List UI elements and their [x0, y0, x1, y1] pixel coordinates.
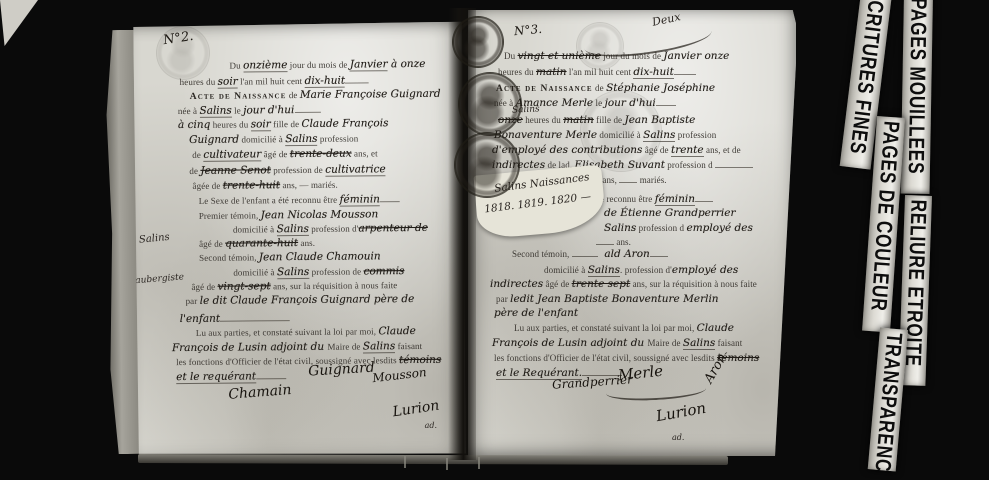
signature: Lurion — [655, 401, 707, 425]
handwritten-text: employé des — [686, 222, 752, 234]
handwritten-note: ad. — [672, 434, 684, 442]
printed-form-text: faisant — [715, 338, 742, 348]
blank-rule — [345, 73, 369, 83]
record-line: François de Lusin adjoint du Maire de Sa… — [172, 338, 422, 353]
handwritten-text: témoins — [399, 354, 441, 366]
handwritten-text: de Étienne Grandperrier — [604, 207, 736, 219]
printed-form-text: profession — [317, 133, 358, 143]
printed-form-text: domicilié à — [233, 267, 277, 277]
register-left-page: Du onzième jour du mois de Janvier à onz… — [133, 22, 466, 457]
handwritten-text: Jean Nicolas Mousson — [261, 208, 379, 221]
handwritten-text: Claude — [697, 322, 734, 334]
handwritten-text: Marie Françoise Guignard — [300, 88, 441, 101]
printed-form-text: âgé de — [199, 239, 225, 249]
record-line: Le Sexe de l'enfant a été reconnu être f… — [199, 191, 400, 206]
printed-form-text: née à — [178, 106, 200, 116]
handwritten-text: jour d'hui — [243, 104, 294, 116]
printed-form-text: domicilié à — [233, 224, 277, 234]
record-line: Lu aux parties, et constaté suivant la l… — [196, 323, 416, 338]
record-line: domicilié à Salins. profession d'employé… — [544, 262, 738, 275]
handwritten-text: Salins — [683, 337, 715, 350]
handwritten-text: employé des — [672, 264, 738, 276]
record-line: Second témoin, Jean Claude Chamouin — [199, 248, 381, 263]
printed-form-text: profession de — [309, 266, 363, 276]
record-line: âgé de vingt-sept ans, sur la réquisitio… — [191, 277, 397, 292]
handwritten-text: Janvier — [350, 58, 388, 71]
printed-form-text: mariés. — [637, 175, 666, 185]
page-edge-tick — [478, 457, 480, 469]
record-line: Acte de Naissance de Marie Françoise Gui… — [190, 86, 441, 101]
printed-form-text: fille de — [271, 119, 302, 129]
blank-rule — [619, 173, 637, 183]
record-line: père de l'enfant — [494, 305, 578, 318]
printed-form-text: âgée de — [192, 181, 222, 191]
record-line: Premier témoin, Jean Nicolas Mousson — [199, 206, 379, 221]
revenue-stamp — [580, 90, 662, 172]
handwritten-text: Salins — [285, 133, 317, 146]
handwritten-text: ald Aron — [598, 248, 650, 260]
record-line: l'enfant — [180, 310, 290, 324]
handwritten-text: Salins — [604, 222, 636, 234]
archival-scan: Du onzième jour du mois de Janvier à onz… — [0, 0, 989, 480]
handwritten-text: trente — [671, 144, 704, 157]
page-corner-fragment — [0, 0, 38, 46]
handwritten-text: Janvier onze — [663, 50, 729, 62]
record-line: Du onzième jour du mois de Janvier à onz… — [229, 56, 425, 71]
handwritten-text: dix-huit — [633, 66, 673, 79]
page-stack-edge — [104, 30, 139, 454]
record-line: de cultivateur âgé de trente-deux ans, e… — [192, 145, 378, 160]
handwritten-text: Claude François — [301, 117, 388, 130]
printed-form-text: ans. — [298, 238, 315, 248]
printed-form-text: ans, — mariés. — [280, 180, 338, 191]
handwritten-text: arpenteur de — [358, 222, 428, 235]
printed-form-text: de — [189, 166, 200, 176]
handwritten-text: Claude — [378, 325, 415, 337]
blank-rule — [596, 235, 614, 245]
handwritten-text: et le requérant — [176, 370, 256, 384]
handwritten-text: trente-huit — [223, 179, 280, 191]
handwritten-text: ledit Jean Baptiste Bonaventure Merlin — [510, 293, 718, 305]
record-line: Second témoin, ald Aron — [512, 246, 668, 259]
record-line: à cinq heures du soir fille de Claude Fr… — [178, 115, 389, 130]
blank-rule — [674, 65, 696, 75]
handwritten-text: père de l'enfant — [494, 307, 578, 319]
printed-form-text: Le Sexe de l'enfant a été reconnu être — [199, 195, 340, 206]
record-line: domicilié à Salins profession de commis — [233, 263, 404, 277]
handwritten-text: féminin — [340, 193, 380, 206]
record-line: par le dit Claude François Guignard père… — [185, 291, 414, 306]
register-right-page: Du vingt et unième jour du mois de Janvi… — [468, 10, 796, 456]
printed-form-text: . profession d' — [620, 265, 672, 275]
blank-rule — [656, 96, 676, 106]
printed-form-text: Lu aux parties, et constaté suivant la l… — [514, 323, 697, 333]
printed-form-text: les fonctions d'Officier de l'état civil… — [494, 353, 717, 363]
handwritten-text: cultivateur — [203, 148, 261, 162]
blank-rule — [695, 192, 713, 202]
printed-form-text: heures du — [210, 119, 250, 129]
signature: Guignard — [308, 361, 375, 379]
handwritten-text: Jeanne Senot — [200, 164, 271, 177]
record-line: âgée de trente-huit ans, — mariés. — [192, 177, 337, 191]
handwritten-note: ad. — [425, 422, 438, 430]
printed-form-text: de — [593, 83, 606, 93]
handwritten-text: à onze — [388, 58, 426, 70]
record-line: Lu aux parties, et constaté suivant la l… — [514, 320, 734, 333]
condition-strip-pages-mouillees: PAGES MOUILLEES — [901, 0, 933, 194]
printed-form-text: profession d — [636, 223, 686, 233]
signature: Mousson — [372, 366, 428, 384]
printed-form-text: profession d — [665, 160, 715, 170]
blank-rule — [220, 311, 290, 322]
printed-form-text: Acte de Naissance — [190, 91, 287, 102]
printed-form-text: Du — [504, 51, 518, 61]
printed-form-text: le — [232, 105, 243, 115]
printed-form-text: Lu aux parties, et constaté suivant la l… — [196, 326, 379, 338]
handwritten-text: onzième — [243, 59, 287, 72]
printed-form-text: Du — [229, 60, 243, 70]
handwritten-text: trente-deux — [290, 148, 352, 161]
printed-form-text: é reconnu être — [600, 194, 655, 204]
page-edge-tick — [404, 456, 406, 468]
signature: Lurion — [392, 399, 440, 420]
printed-form-text: par — [185, 296, 199, 306]
record-line: domicilié à Salins profession d'arpenteu… — [233, 220, 428, 235]
printed-form-text: Second témoin, — [512, 249, 572, 259]
condition-strip-label: PAGES MOUILLEES — [901, 0, 933, 175]
record-line: é reconnu être féminin — [600, 191, 713, 204]
handwritten-text: François de Lusin adjoint du — [492, 337, 648, 349]
handwritten-text: commis — [363, 265, 404, 277]
handwritten-text: cultivatrice — [325, 163, 386, 177]
printed-form-text: profession de — [271, 165, 325, 175]
page-edge-tick — [446, 458, 448, 470]
record-line: née à Salins le jour d'hui — [178, 102, 321, 116]
record-line: François de Lusin adjoint du Maire de Sa… — [492, 335, 742, 348]
printed-form-text: par — [496, 294, 510, 304]
printed-form-text: Premier témoin, — [199, 210, 261, 221]
handwritten-text: Jean Claude Chamouin — [259, 250, 381, 263]
revenue-stamp — [458, 72, 522, 136]
blank-rule — [256, 369, 286, 379]
revenue-stamp — [454, 132, 520, 198]
record-line: de Étienne Grandperrier — [604, 205, 736, 218]
printed-form-text: Second témoin, — [199, 252, 259, 263]
blank-rule — [650, 247, 668, 257]
printed-form-text: âgé de — [543, 279, 572, 289]
record-line: et le requérant — [176, 368, 286, 382]
revenue-stamp — [576, 22, 624, 70]
condition-strip-transparence: TRANSPARENCE — [868, 328, 908, 472]
record-line: Guignard domicilié à Salins profession — [189, 130, 358, 144]
printed-form-text: heures du — [523, 115, 563, 125]
blank-rule — [294, 103, 320, 113]
printed-form-text: faisant — [395, 341, 422, 351]
handwritten-note: Salins — [139, 233, 171, 246]
printed-form-text: âgé de — [191, 282, 217, 292]
handwritten-text: l'enfant — [180, 313, 220, 325]
handwritten-text: indirectes — [490, 278, 543, 290]
signature: Merle — [617, 364, 663, 384]
printed-form-text: ans, sur la réquisition à nous faite — [271, 280, 398, 291]
handwritten-text: le dit Claude François Guignard père de — [200, 293, 415, 307]
printed-form-text: ans, et — [352, 148, 378, 158]
record-line: indirectes âgé de trente sept ans, sur l… — [490, 276, 757, 289]
printed-form-text: âgé de — [261, 149, 290, 159]
printed-form-text: ans, et de — [704, 145, 741, 155]
handwritten-text: quarante-huit — [225, 237, 298, 250]
record-line: Salins profession d employé des — [604, 220, 753, 233]
condition-strip-label: TRANSPARENCE — [868, 328, 908, 472]
record-line: par ledit Jean Baptiste Bonaventure Merl… — [496, 291, 719, 304]
printed-form-text: de — [192, 150, 203, 160]
handwritten-text: à cinq — [178, 119, 210, 131]
printed-form-text: ans, — [600, 175, 619, 185]
revenue-stamp — [452, 16, 504, 68]
blank-rule — [572, 247, 598, 257]
blank-rule — [715, 158, 753, 168]
printed-form-text: de — [286, 90, 299, 100]
printed-form-text: Maire de — [648, 338, 683, 348]
handwritten-text: matin — [536, 66, 567, 78]
printed-form-text: Maire de — [327, 341, 362, 351]
record-line: Acte de Naissance de Stéphanie Joséphine — [496, 80, 715, 93]
printed-form-text: domicilié à — [239, 134, 285, 144]
printed-form-text: domicilié à — [544, 265, 588, 275]
handwritten-text: trente sept — [572, 278, 631, 290]
revenue-stamp — [156, 26, 210, 80]
printed-form-text: profession — [675, 130, 716, 140]
handwritten-note: aubergiste — [135, 273, 184, 286]
record-number: N°3. — [514, 23, 543, 37]
printed-form-text: ans, sur la réquisition à nous faite — [630, 279, 757, 289]
bottom-page-edge — [138, 454, 728, 465]
handwritten-text: soir — [251, 118, 271, 131]
record-line: heures du soir l'an mil huit cent dix-hu… — [180, 72, 370, 87]
record-line: de Jeanne Senot profession de cultivatri… — [189, 161, 385, 176]
blank-rule — [380, 192, 400, 202]
printed-form-text: jour du mois de — [287, 60, 350, 71]
record-line: âgé de quarante-huit ans. — [199, 235, 315, 249]
signature: Chamain — [228, 383, 292, 402]
handwritten-text: Guignard — [189, 134, 239, 146]
printed-form-text: l'an mil huit cent — [238, 76, 305, 87]
printed-form-text: profession d' — [309, 223, 359, 233]
handwritten-text: vingt-sept — [218, 280, 271, 292]
